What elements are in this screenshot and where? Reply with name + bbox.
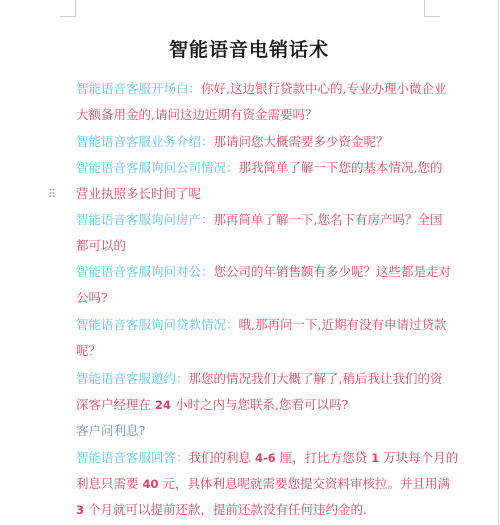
script-text: 那您的情况我们大概了解了,稍后我让我们的资 xyxy=(189,371,443,386)
paragraph-line: 3 个月就可以提前还款，提前还款没有任何违约金的. xyxy=(76,502,436,518)
script-text: 呢？ xyxy=(76,343,101,358)
script-text: 大额备用金的,请问这边近期有资金需要吗？ xyxy=(76,107,317,122)
number-value: 3 xyxy=(76,503,84,517)
script-text: 公吗? xyxy=(76,290,108,305)
speaker-label: 智能语音客服业务介绍： xyxy=(76,134,214,149)
script-text: 那再简单了解一下,您名下有房产吗？全国 xyxy=(214,212,443,227)
page-corner-mark-top-left xyxy=(60,0,76,17)
script-text: 您公司的年销售额有多少呢？这些都是走对 xyxy=(214,264,452,279)
script-text: 营业执照多长时间了呢 xyxy=(76,186,201,201)
number-value: 4-6 xyxy=(255,451,276,465)
script-text: 深客户经理在 xyxy=(76,397,155,412)
speaker-label: 智能语音客服询问贷款情况： xyxy=(76,317,239,332)
paragraph-line: 公吗? xyxy=(76,290,436,306)
script-text: 都可以的 xyxy=(76,238,126,253)
number-value: 40 xyxy=(142,477,158,491)
paragraph-line: 客户问利息? xyxy=(76,423,436,439)
script-text: 个月就可以提前还款，提前还款没有任何违约金的. xyxy=(84,502,367,517)
page-corner-mark-top-right xyxy=(424,0,440,17)
paragraph-line: 智能语音客服询问公司情况：那我简单了解一下您的基本情况,您的 xyxy=(76,160,436,176)
paragraph-line: 深客户经理在 24 小时之内与您联系,您看可以吗? xyxy=(76,397,436,413)
paragraph-line: 营业执照多长时间了呢 xyxy=(76,186,436,202)
drag-handle-icon[interactable] xyxy=(49,188,55,198)
script-text: 利息只需要 xyxy=(76,476,142,491)
paragraph-line: 智能语音客服询问贷款情况：哦,那再问一下,近期有没有申请过贷款 xyxy=(76,317,436,333)
paragraph-line: 智能语音客服回答：我们的利息 4-6 厘，打比方您贷 1 万块每个月的 xyxy=(76,450,436,466)
customer-question: 客户问利息? xyxy=(76,423,145,438)
speaker-label: 智能语音客服询问公司情况： xyxy=(76,160,239,175)
script-text: 哦,那再问一下,近期有没有申请过贷款 xyxy=(239,317,447,332)
paragraph-line: 智能语音客服询问对公：您公司的年销售额有多少呢？这些都是走对 xyxy=(76,264,436,280)
speaker-label: 智能语音客服回答： xyxy=(76,450,189,465)
number-value: 24 xyxy=(155,398,171,412)
document-page: 智能语音电销话术 智能语音客服开场白：你好,这边银行贷款中心的,专业办理小微企业… xyxy=(0,0,498,525)
script-text: 元，具体利息呢就需要您提交资料审核拉。并且用满 xyxy=(159,476,450,491)
speaker-label: 智能语音客服询问房产： xyxy=(76,212,214,227)
paragraph-line: 智能语音客服业务介绍：那请问您大概需要多少资金呢？ xyxy=(76,134,436,150)
script-text: 万块每个月的 xyxy=(379,450,458,465)
paragraph-line: 智能语音客服询问房产：那再简单了解一下,您名下有房产吗？全国 xyxy=(76,212,436,228)
speaker-label: 智能语音客服询问对公： xyxy=(76,264,214,279)
paragraph-line: 智能语音客服开场白：你好,这边银行贷款中心的,专业办理小微企业 xyxy=(76,81,436,97)
document-title: 智能语音电销话术 xyxy=(0,35,498,62)
script-text: 那请问您大概需要多少资金呢？ xyxy=(214,134,389,149)
speaker-label: 智能语音客服开场白： xyxy=(76,81,201,96)
script-text: 那我简单了解一下您的基本情况,您的 xyxy=(239,160,443,175)
script-text: 厘，打比方您贷 xyxy=(276,450,371,465)
paragraph-line: 大额备用金的,请问这边近期有资金需要吗？ xyxy=(76,107,436,123)
paragraph-line: 智能语音客服邀约：那您的情况我们大概了解了,稍后我让我们的资 xyxy=(76,371,436,387)
speaker-label: 智能语音客服邀约： xyxy=(76,371,189,386)
paragraph-line: 利息只需要 40 元，具体利息呢就需要您提交资料审核拉。并且用满 xyxy=(76,476,436,492)
page-edge-divider xyxy=(498,0,499,525)
script-text: 你好,这边银行贷款中心的,专业办理小微企业 xyxy=(201,81,446,96)
script-text: 小时之内与您联系,您看可以吗? xyxy=(171,397,348,412)
script-text: 我们的利息 xyxy=(189,450,255,465)
paragraph-line: 都可以的 xyxy=(76,238,436,254)
paragraph-line: 呢？ xyxy=(76,343,436,359)
